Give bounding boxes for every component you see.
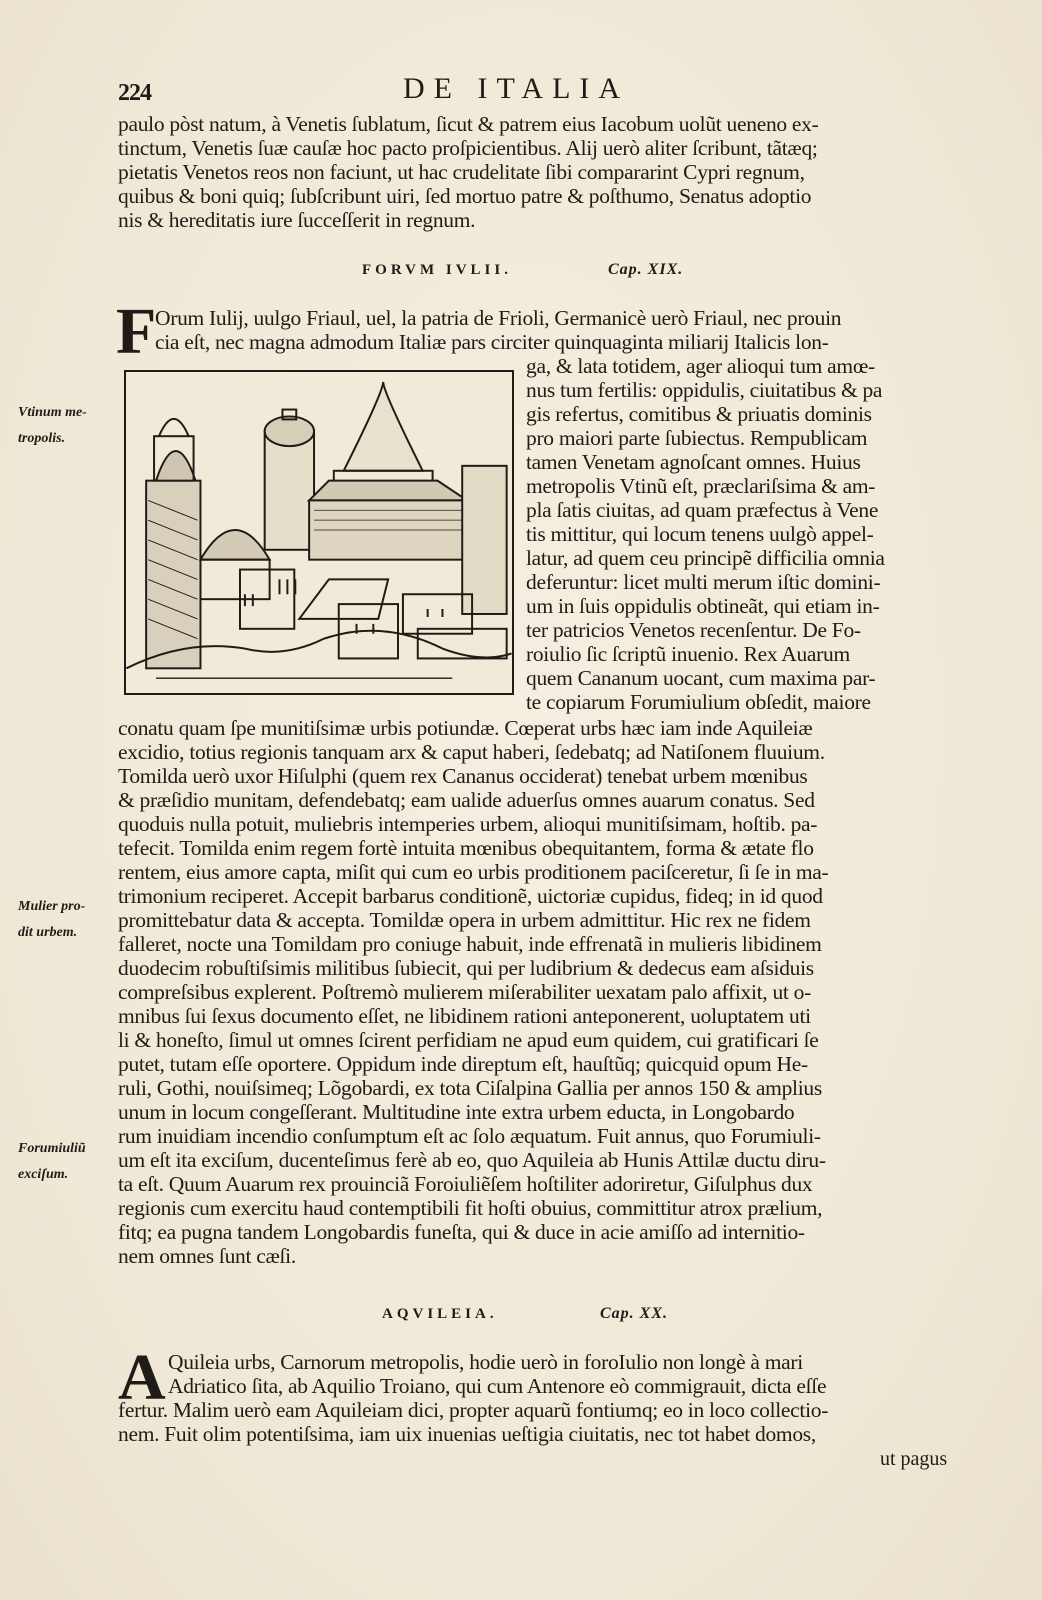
text-line: excidio, totius regionis tanquam arx & c… [118, 740, 825, 764]
margin-note-line: Mulier pro- [18, 894, 85, 920]
text-line: quem Cananum uocant, cum maxima par- [526, 666, 875, 690]
text-line: fertur. Malim uerò eam Aquileiam dici, p… [118, 1398, 828, 1422]
text-line: ter patricios Venetos recenſentur. De Fo… [526, 618, 861, 642]
margin-note-line: dit urbem. [18, 920, 85, 946]
chapter-number: Cap. XIX. [608, 261, 683, 279]
text-line: um eſt ita exciſum, ducenteſimus ferè ab… [118, 1148, 826, 1172]
text-line: tis mittitur, qui locum tenens uulgò app… [526, 522, 874, 546]
text-line: pietatis Venetos reos non faciunt, ut ha… [118, 160, 805, 184]
running-title: DE ITALIA [403, 72, 629, 106]
text-line: Orum Iulij, uulgo Friaul, uel, la patria… [155, 306, 841, 330]
margin-note-line: exciſum. [18, 1162, 86, 1188]
text-line: gis refertus, comitibus & priuatis domin… [526, 402, 872, 426]
text-line: regionis cum exercitu haud contemptibili… [118, 1196, 822, 1220]
text-line: putet, tutam eſſe oportere. Oppidum inde… [118, 1052, 808, 1076]
text-line: ta eſt. Quum Auarum rex prouinciã Foroiu… [118, 1172, 812, 1196]
text-line: nem omnes ſunt cæſi. [118, 1244, 296, 1268]
text-line: nis & hereditatis iure ſucceſſerit in re… [118, 208, 475, 232]
text-line: Tomilda uerò uxor Hiſulphi (quem rex Can… [118, 764, 807, 788]
text-line: mnibus ſui ſexus documento eſſet, ne lib… [118, 1004, 811, 1028]
city-woodcut-icon [126, 372, 512, 693]
text-line: tinctum, Venetis ſuæ cauſæ hoc pacto pro… [118, 136, 818, 160]
text-line: unum in locum congeſſerant. Multitudine … [118, 1100, 794, 1124]
text-line: nem. Fuit olim potentiſsima, iam uix inu… [118, 1422, 816, 1446]
text-line: li & honeſto, ſimul ut omnes ſcirent per… [118, 1028, 819, 1052]
woodcut-illustration [124, 370, 514, 695]
text-line: conatu quam ſpe munitiſsimæ urbis potiun… [118, 716, 812, 740]
text-line: Adriatico ſita, ab Aquilio Troiano, qui … [168, 1374, 826, 1398]
text-line: falleret, nocte una Tomildam pro coniuge… [118, 932, 822, 956]
text-line: Quileia urbs, Carnorum metropolis, hodie… [168, 1350, 803, 1374]
margin-note-line: tropolis. [18, 426, 87, 452]
text-line: pro maiori parte ſubiectus. Rempublicam [526, 426, 867, 450]
text-line: latur, ad quem ceu principẽ difficilia o… [526, 546, 885, 570]
page-header: 224 DE ITALIA [118, 72, 958, 112]
text-line: te copiarum Forumiulium obſedit, maiore [526, 690, 871, 714]
text-line: trimonium reciperet. Accepit barbarus co… [118, 884, 823, 908]
margin-note-line: Vtinum me- [18, 400, 87, 426]
text-line: roiulio ſic ſcriptũ inuenio. Rex Auarum [526, 642, 850, 666]
book-page: 224 DE ITALIA paulo pòst natum, à Veneti… [0, 0, 1042, 1600]
chapter-title: AQVILEIA. [382, 1306, 498, 1323]
margin-note-line: Forumiuliũ [18, 1136, 86, 1162]
text-line: duodecim robuſtiſsimis militibus ſubieci… [118, 956, 814, 980]
text-line: cia eſt, nec magna admodum Italiæ pars c… [155, 330, 829, 354]
text-line: ruli, Gothi, nouiſsimeq; Lõgobardi, ex t… [118, 1076, 822, 1100]
text-line: nus tum fertilis: oppidulis, ciuitatibus… [526, 378, 882, 402]
text-line: tamen Venetam agnoſcant omnes. Huius [526, 450, 861, 474]
text-line: rentem, eius amore capta, miſit qui cum … [118, 860, 828, 884]
text-line: & præſidio munitam, defendebatq; eam ual… [118, 788, 815, 812]
chapter-number: Cap. XX. [600, 1305, 668, 1323]
text-line: quibus & boni quiq; ſubſcribunt uiri, ſe… [118, 184, 811, 208]
drop-cap: F [116, 302, 156, 362]
margin-note: Vtinum me- tropolis. [18, 400, 87, 452]
margin-note: Mulier pro- dit urbem. [18, 894, 85, 946]
text-line: deferuntur: licet multi merum iſtic domi… [526, 570, 880, 594]
text-line: um in ſuis oppidulis obtineãt, qui etiam… [526, 594, 879, 618]
text-line: compreſsibus explerent. Poſtremò muliere… [118, 980, 811, 1004]
text-line: rum inuidiam incendio conſumptum eſt ac … [118, 1124, 821, 1148]
text-line: promittebatur data & accepta. Tomildæ op… [118, 908, 811, 932]
catchword: ut pagus [880, 1448, 947, 1471]
text-line: quoduis nulla potuit, muliebris intemper… [118, 812, 817, 836]
text-line: metropolis Vtinũ eſt, præclariſsima & am… [526, 474, 875, 498]
margin-note: Forumiuliũ exciſum. [18, 1136, 86, 1188]
text-line: pla ſatis ciuitas, ad quam præfectus à V… [526, 498, 878, 522]
chapter-title: FORVM IVLII. [362, 262, 512, 279]
text-line: fitq; ea pugna tandem Longobardis funeſt… [118, 1220, 805, 1244]
text-line: ga, & lata totidem, ager alioqui tum amœ… [526, 354, 875, 378]
text-line: paulo pòst natum, à Venetis ſublatum, ſi… [118, 112, 818, 136]
text-line: tefecit. Tomilda enim regem fortè intuit… [118, 836, 814, 860]
page-number: 224 [118, 80, 151, 107]
